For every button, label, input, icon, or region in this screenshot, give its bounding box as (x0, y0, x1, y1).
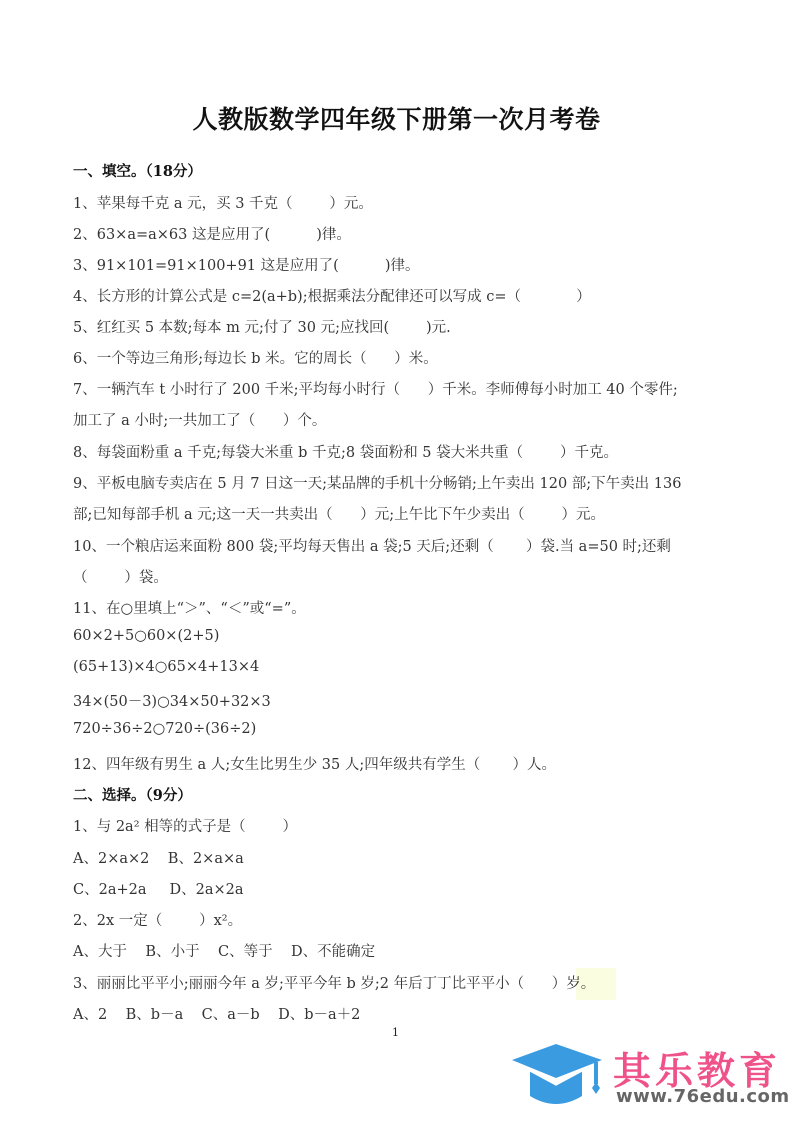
page-title: 人教版数学四年级下册第一次月考卷 (0, 100, 793, 136)
question-line: （ ）袋。 (73, 566, 168, 587)
question-line: 2、63×a=a×63 这是应用了( )律。 (73, 223, 351, 244)
comparison-line: (65+13)×4○65×4+13×4 (73, 659, 259, 675)
brand-url: www.76edu.com (616, 1086, 790, 1107)
question-line: 3、91×101=91×100+91 这是应用了( )律。 (73, 254, 420, 275)
comparison-line: 60×2+5○60×(2+5) (73, 628, 219, 644)
section-heading-choice: 二、选择。（9分） (73, 784, 192, 805)
question-line: 7、一辆汽车 t 小时行了 200 千米;平均每小时行（ ）千米。李师傅每小时加… (73, 378, 678, 399)
graduation-cap-icon (508, 1038, 608, 1113)
option-line: C、2a+2a D、2a×2a (73, 878, 244, 899)
question-line: 2、2x 一定（ ）x²。 (73, 909, 242, 930)
question-line: 9、平板电脑专卖店在 5 月 7 日这一天;某品牌的手机十分畅销;上午卖出 12… (73, 472, 681, 493)
brand-logo: 其乐教育 www.76edu.com (508, 1038, 788, 1118)
question-line: 6、一个等边三角形;每边长 b 米。它的周长（ ）米。 (73, 347, 438, 368)
question-line: 1、与 2a² 相等的式子是（ ） (73, 815, 297, 836)
section-heading-fill-blank: 一、填空。（18分） (73, 160, 202, 181)
option-line: A、2×a×2 B、2×a×a (73, 847, 244, 868)
option-line: A、2 B、b－a C、a－b D、b－a＋2 (73, 1003, 360, 1024)
question-line: 3、丽丽比平平小;丽丽今年 a 岁;平平今年 b 岁;2 年后丁丁比平平小（ ）… (73, 972, 595, 993)
comparison-line: 34×(50－3)○34×50+32×3 (73, 690, 271, 711)
question-line: 1、苹果每千克 a 元，买 3 千克（ ）元。 (73, 192, 373, 213)
question-line: 加工了 a 小时;一共加工了（ ）个。 (73, 409, 326, 430)
question-line: 部;已知每部手机 a 元;这一天一共卖出（ ）元;上午比下午少卖出（ ）元。 (73, 503, 605, 524)
question-line: 5、红红买 5 本数;每本 m 元;付了 30 元;应找回( )元. (73, 316, 451, 337)
option-line: A、大于 B、小于 C、等于 D、不能确定 (73, 940, 375, 961)
page-number: 1 (392, 1026, 399, 1039)
question-line: 12、四年级有男生 a 人;女生比男生少 35 人;四年级共有学生（ ）人。 (73, 753, 556, 774)
question-line: 11、在○里填上“＞”、“＜”或“=”。 (73, 597, 306, 618)
comparison-line: 720÷36÷2○720÷(36÷2) (73, 721, 256, 737)
question-line: 8、每袋面粉重 a 千克;每袋大米重 b 千克;8 袋面粉和 5 袋大米共重（ … (73, 441, 618, 462)
question-line: 4、长方形的计算公式是 c=2(a+b);根据乘法分配律还可以写成 c=（ ） (73, 285, 591, 306)
question-line: 10、一个粮店运来面粉 800 袋;平均每天售出 a 袋;5 天后;还剩（ ）袋… (73, 535, 671, 556)
